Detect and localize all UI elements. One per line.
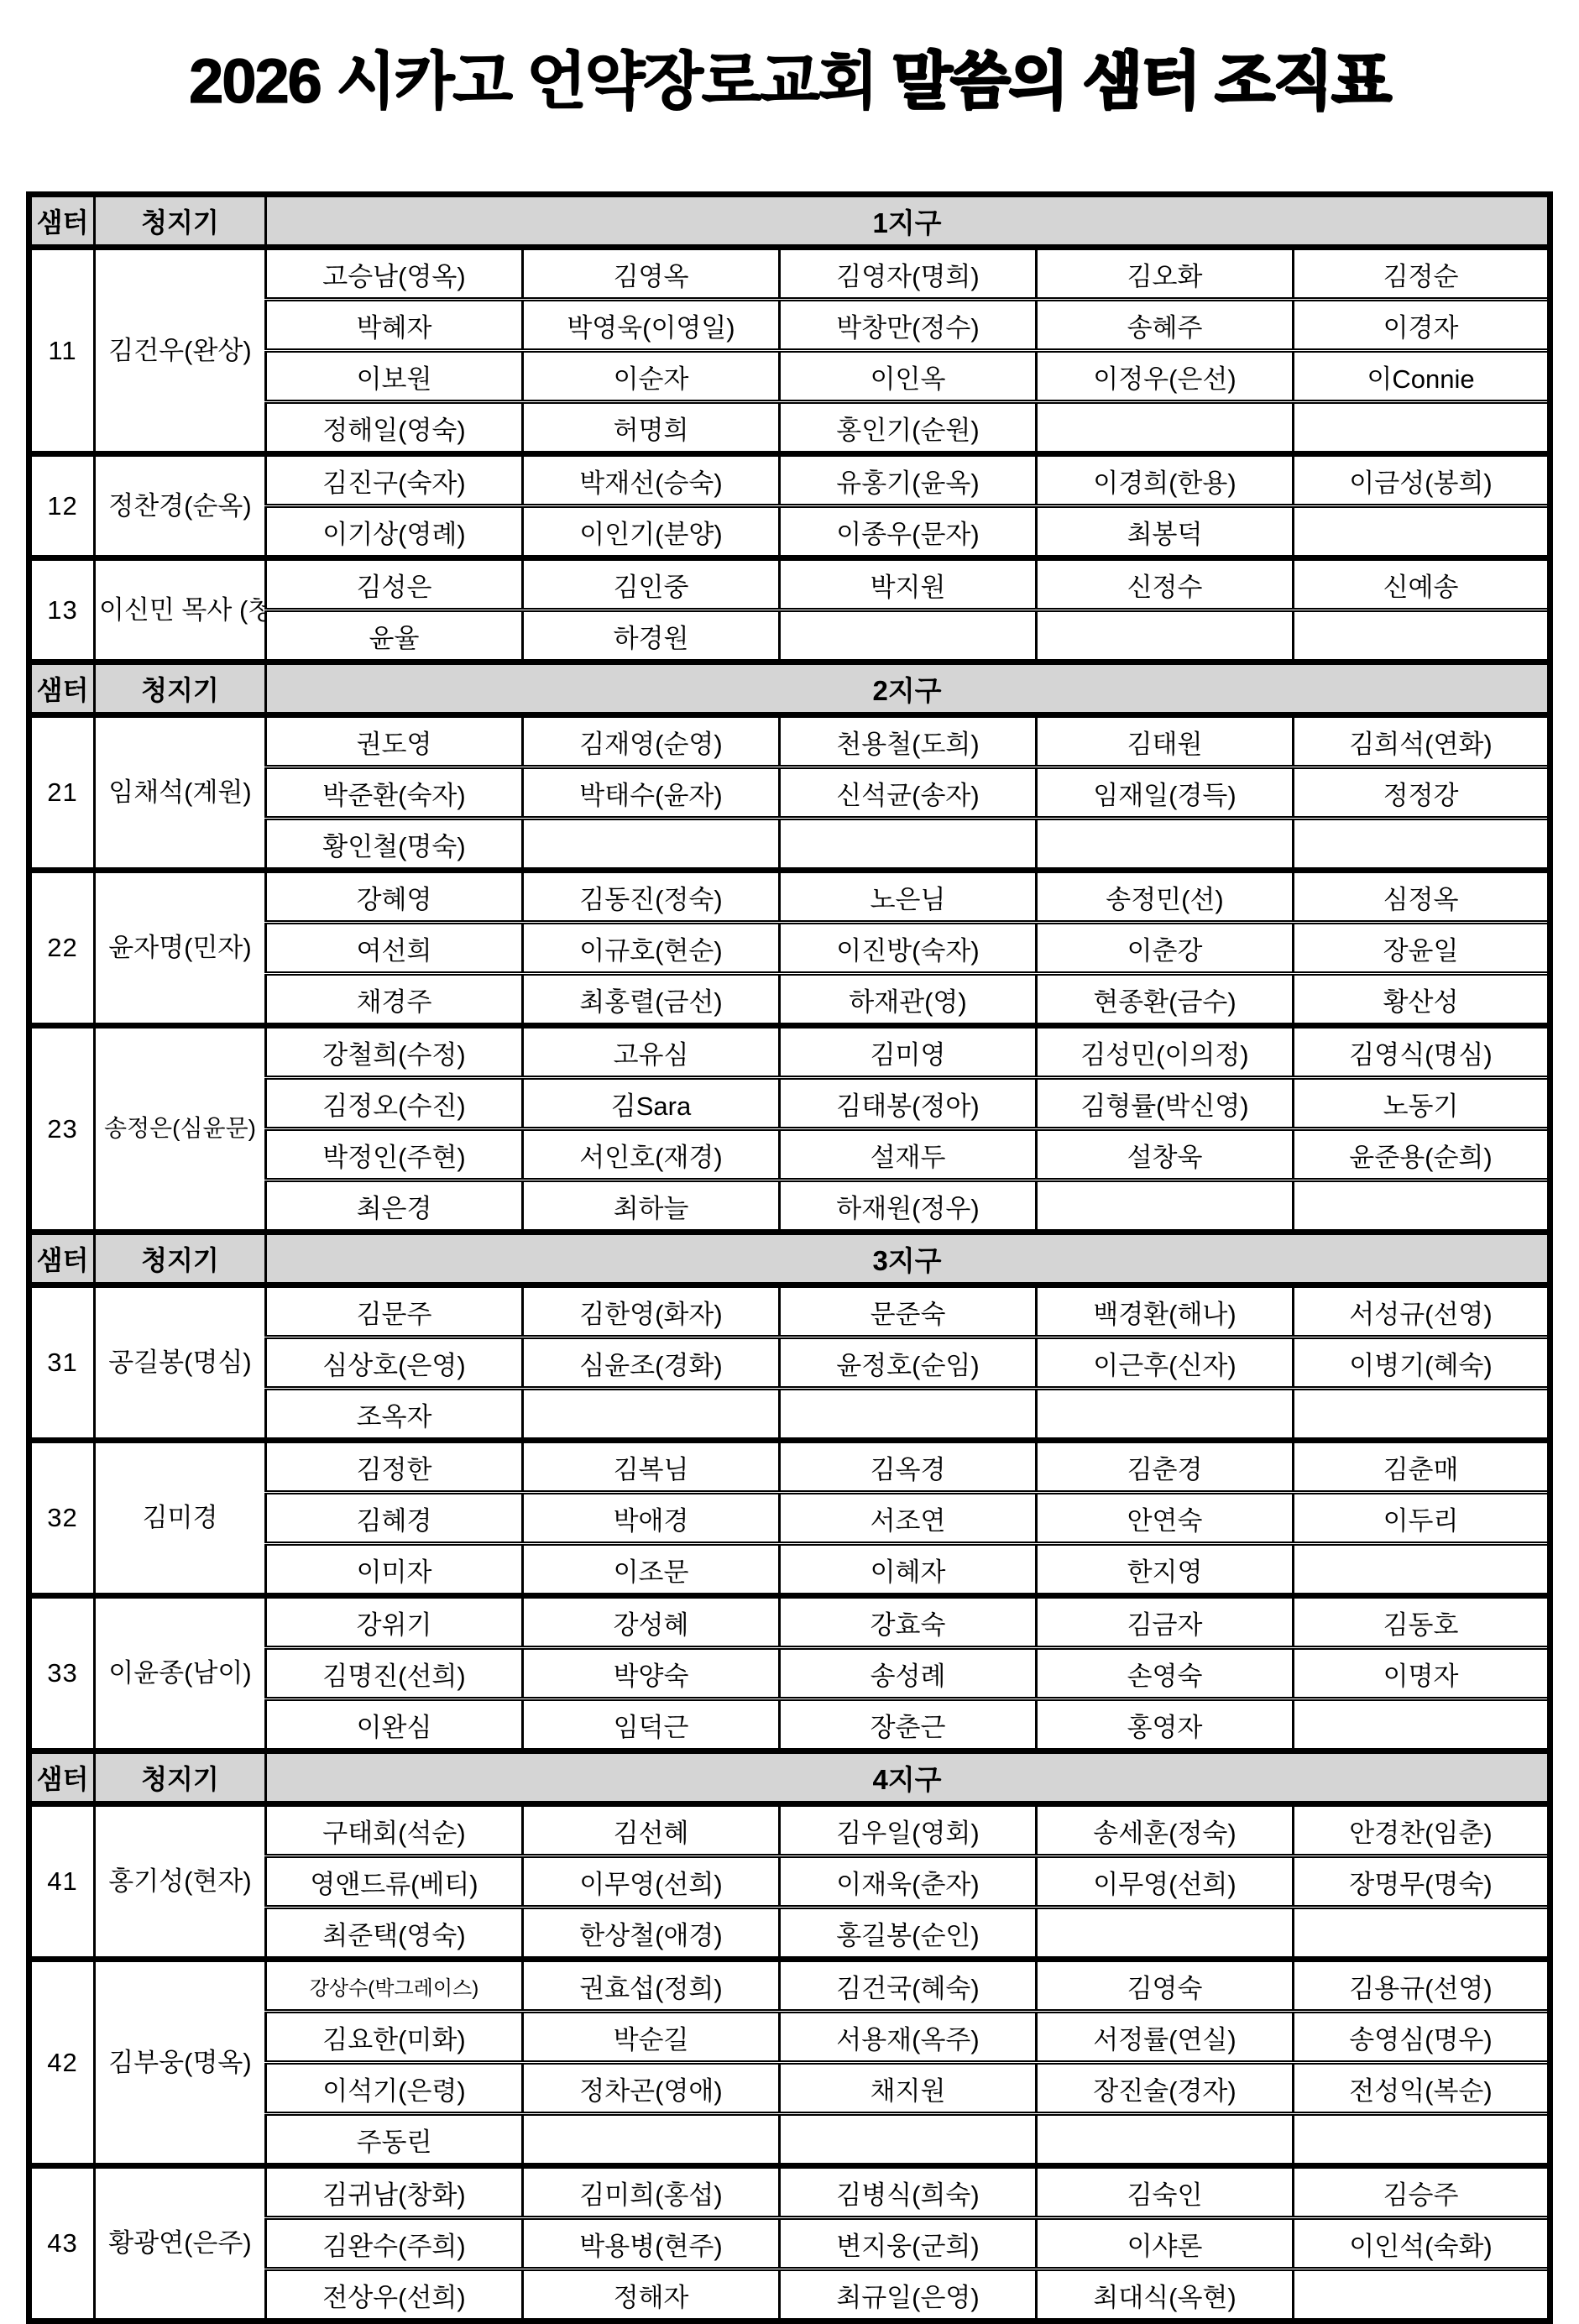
steward-name-cell: 임채석(계원) (94, 715, 265, 871)
steward-name-cell: 김건우(완상) (94, 248, 265, 454)
member-cell: 이순자 (522, 351, 779, 402)
member-cell: 문준숙 (779, 1285, 1036, 1337)
samteo-header-cell: 샘터 (29, 1233, 94, 1285)
member-cell: 허명희 (522, 402, 779, 454)
member-cell: 임덕근 (522, 1699, 779, 1751)
member-cell: 서인호(재경) (522, 1129, 779, 1180)
member-cell: 김정오(수진) (265, 1078, 522, 1129)
member-cell: 황산성 (1293, 974, 1550, 1026)
member-cell: 김진구(숙자) (265, 454, 522, 506)
member-cell-empty (1036, 2114, 1293, 2166)
member-cell: 이금성(봉희) (1293, 454, 1550, 506)
member-cell-empty (779, 610, 1036, 662)
member-cell: 박재선(승숙) (522, 454, 779, 506)
member-row: 11김건우(완상)고승남(영옥)김영옥김영자(명희)김오화김정순 (29, 248, 1550, 300)
member-cell: 김영식(명심) (1293, 1026, 1550, 1078)
member-cell: 서조연 (779, 1493, 1036, 1544)
member-cell: 김명진(선희) (265, 1648, 522, 1699)
member-cell: 최은경 (265, 1180, 522, 1233)
page-title-prefix: 2026 시카고 언약장로교회 (189, 46, 892, 116)
member-cell: 이정우(은선) (1036, 351, 1293, 402)
steward-name-cell: 공길봉(명심) (94, 1285, 265, 1441)
member-cell: 이명자 (1293, 1648, 1550, 1699)
member-cell-empty (522, 1389, 779, 1441)
member-cell: 권효섭(정희) (522, 1960, 779, 2012)
member-cell: 이경희(한용) (1036, 454, 1293, 506)
member-cell: 김귀남(창화) (265, 2166, 522, 2218)
member-cell: 심정옥 (1293, 871, 1550, 923)
samteo-number-cell: 31 (29, 1285, 94, 1441)
steward-name-cell: 정찬경(순옥) (94, 454, 265, 558)
member-cell: 송세훈(정숙) (1036, 1804, 1293, 1856)
member-cell: 김동진(정숙) (522, 871, 779, 923)
member-cell: 이인옥 (779, 351, 1036, 402)
member-cell-empty (1036, 402, 1293, 454)
member-cell: 최봉덕 (1036, 506, 1293, 558)
member-cell: 김태봉(정아) (779, 1078, 1036, 1129)
member-cell: 김미희(홍섭) (522, 2166, 779, 2218)
member-cell: 하경원 (522, 610, 779, 662)
samteo-header-cell: 샘터 (29, 195, 94, 248)
member-cell: 백경환(해나) (1036, 1285, 1293, 1337)
samteo-number-cell: 13 (29, 558, 94, 662)
steward-name-cell: 송정은(심윤문) (94, 1026, 265, 1233)
member-row: 43황광연(은주)김귀남(창화)김미희(홍섭)김병식(희숙)김숙인김승주 (29, 2166, 1550, 2218)
samteo-number-cell: 11 (29, 248, 94, 454)
member-cell: 김선혜 (522, 1804, 779, 1856)
member-row: 21임채석(계원)권도영김재영(순영)천용철(도희)김태원김희석(연화) (29, 715, 1550, 767)
member-cell: 정해일(영숙) (265, 402, 522, 454)
member-row: 41홍기성(현자)구태회(석순)김선혜김우일(영회)송세훈(정숙)안경찬(임춘) (29, 1804, 1550, 1856)
member-cell: 구태회(석순) (265, 1804, 522, 1856)
member-cell: 서용재(옥주) (779, 2012, 1036, 2063)
member-cell-empty (1293, 2269, 1550, 2321)
member-cell: 이인기(분양) (522, 506, 779, 558)
member-cell: 안경찬(임춘) (1293, 1804, 1550, 1856)
member-cell: 김미영 (779, 1026, 1036, 1078)
district-header-row: 샘터청지기3지구 (29, 1233, 1550, 1285)
member-cell-empty (1293, 1908, 1550, 1960)
member-cell: 천용철(도희) (779, 715, 1036, 767)
member-cell: 박영욱(이영일) (522, 300, 779, 351)
member-cell: 김동호 (1293, 1596, 1550, 1648)
steward-name-cell: 윤자명(민자) (94, 871, 265, 1026)
member-cell: 김복님 (522, 1441, 779, 1493)
member-cell: 신예송 (1293, 558, 1550, 610)
member-cell: 채경주 (265, 974, 522, 1026)
member-cell-empty (779, 2114, 1036, 2166)
member-cell: 하재원(정우) (779, 1180, 1036, 1233)
member-cell: 정정강 (1293, 767, 1550, 819)
samteo-number-cell: 21 (29, 715, 94, 871)
steward-name-cell: 황광연(은주) (94, 2166, 265, 2321)
member-cell: 박양숙 (522, 1648, 779, 1699)
member-cell: 강효숙 (779, 1596, 1036, 1648)
member-cell: 김승주 (1293, 2166, 1550, 2218)
member-cell-empty (1293, 1699, 1550, 1751)
samteo-number-cell: 33 (29, 1596, 94, 1751)
member-cell: 송영심(명우) (1293, 2012, 1550, 2063)
district-name-cell: 3지구 (265, 1233, 1550, 1285)
member-cell: 박혜자 (265, 300, 522, 351)
member-cell: 영앤드류(베티) (265, 1856, 522, 1908)
member-cell: 권도영 (265, 715, 522, 767)
member-cell: 윤정호(순임) (779, 1337, 1036, 1389)
member-cell-empty (779, 819, 1036, 871)
member-cell-empty (779, 1389, 1036, 1441)
member-cell: 이혜자 (779, 1544, 1036, 1596)
member-cell: 장진술(경자) (1036, 2063, 1293, 2114)
steward-name-cell: 이윤종(남이) (94, 1596, 265, 1751)
member-cell-empty (522, 2114, 779, 2166)
member-cell: 이보원 (265, 351, 522, 402)
member-cell: 한지영 (1036, 1544, 1293, 1596)
member-cell: 김춘경 (1036, 1441, 1293, 1493)
member-cell: 윤준용(순희) (1293, 1129, 1550, 1180)
member-cell: 김옥경 (779, 1441, 1036, 1493)
member-row: 12정찬경(순옥)김진구(숙자)박재선(승숙)유홍기(윤옥)이경희(한용)이금성… (29, 454, 1550, 506)
member-cell: 고유심 (522, 1026, 779, 1078)
member-cell: 김영옥 (522, 248, 779, 300)
member-cell: 현종환(금수) (1036, 974, 1293, 1026)
member-row: 33이윤종(남이)강위기강성혜강효숙김금자김동호 (29, 1596, 1550, 1648)
member-cell: 박정인(주현) (265, 1129, 522, 1180)
member-cell: 김금자 (1036, 1596, 1293, 1648)
member-row: 42김부웅(명옥)강상수(박그레이스)권효섭(정희)김건국(혜숙)김영숙김용규(… (29, 1960, 1550, 2012)
member-cell: 김춘매 (1293, 1441, 1550, 1493)
member-cell: 김재영(순영) (522, 715, 779, 767)
member-cell-empty (1293, 402, 1550, 454)
member-cell: 김희석(연화) (1293, 715, 1550, 767)
member-cell: 전상우(선희) (265, 2269, 522, 2321)
member-cell: 황인철(명숙) (265, 819, 522, 871)
member-cell-empty (1293, 1180, 1550, 1233)
member-cell: 박태수(윤자) (522, 767, 779, 819)
member-cell: 최규일(은영) (779, 2269, 1036, 2321)
member-cell: 강혜영 (265, 871, 522, 923)
member-cell-empty (1293, 2114, 1550, 2166)
member-cell: 김형률(박신영) (1036, 1078, 1293, 1129)
district-name-cell: 2지구 (265, 662, 1550, 715)
member-cell: 홍인기(순원) (779, 402, 1036, 454)
member-cell: 최준택(영숙) (265, 1908, 522, 1960)
page-title: 2026 시카고 언약장로교회 말씀의 샘터 조직표 (0, 0, 1579, 161)
member-cell: 심윤조(경화) (522, 1337, 779, 1389)
district-name-cell: 1지구 (265, 195, 1550, 248)
member-cell: 이경자 (1293, 300, 1550, 351)
steward-name-cell: 김미경 (94, 1441, 265, 1596)
samteo-number-cell: 12 (29, 454, 94, 558)
member-cell: 김요한(미화) (265, 2012, 522, 2063)
member-cell: 이무영(선희) (1036, 1856, 1293, 1908)
member-cell: 이두리 (1293, 1493, 1550, 1544)
district-header-row: 샘터청지기1지구 (29, 195, 1550, 248)
member-cell: 김인중 (522, 558, 779, 610)
org-table: 샘터청지기1지구11김건우(완상)고승남(영옥)김영옥김영자(명희)김오화김정순… (26, 191, 1553, 2324)
samteo-number-cell: 23 (29, 1026, 94, 1233)
member-cell: 전성익(복순) (1293, 2063, 1550, 2114)
member-cell-empty (1036, 1908, 1293, 1960)
page-title-emphasis: 말씀의 샘터 조직표 (892, 46, 1390, 116)
member-cell: 김성민(이의정) (1036, 1026, 1293, 1078)
member-cell: 정해자 (522, 2269, 779, 2321)
member-cell: 이병기(혜숙) (1293, 1337, 1550, 1389)
member-cell: 신석균(송자) (779, 767, 1036, 819)
member-cell: 김혜경 (265, 1493, 522, 1544)
member-cell-empty (1293, 610, 1550, 662)
district-header-row: 샘터청지기2지구 (29, 662, 1550, 715)
member-cell: 채지원 (779, 2063, 1036, 2114)
member-cell: 이Connie (1293, 351, 1550, 402)
member-cell-empty (1036, 1180, 1293, 1233)
member-cell: 김숙인 (1036, 2166, 1293, 2218)
member-cell: 강성혜 (522, 1596, 779, 1648)
member-cell-empty (1036, 819, 1293, 871)
member-cell-empty (1293, 1389, 1550, 1441)
member-cell: 강상수(박그레이스) (265, 1960, 522, 2012)
member-cell: 이미자 (265, 1544, 522, 1596)
member-cell: 박지원 (779, 558, 1036, 610)
member-cell: 심상호(은영) (265, 1337, 522, 1389)
steward-header-cell: 청지기 (94, 662, 265, 715)
member-cell: 서성규(선영) (1293, 1285, 1550, 1337)
member-cell: 안연숙 (1036, 1493, 1293, 1544)
member-cell: 한상철(애경) (522, 1908, 779, 1960)
member-cell: 장춘근 (779, 1699, 1036, 1751)
samteo-number-cell: 43 (29, 2166, 94, 2321)
member-cell: 김영숙 (1036, 1960, 1293, 2012)
member-cell: 김영자(명희) (779, 248, 1036, 300)
member-cell: 김완수(주희) (265, 2218, 522, 2269)
member-cell: 김오화 (1036, 248, 1293, 300)
member-cell: 이샤론 (1036, 2218, 1293, 2269)
member-cell: 조옥자 (265, 1389, 522, 1441)
member-cell: 강위기 (265, 1596, 522, 1648)
member-cell-empty (522, 819, 779, 871)
member-cell-empty (1036, 1389, 1293, 1441)
org-table-body: 샘터청지기1지구11김건우(완상)고승남(영옥)김영옥김영자(명희)김오화김정순… (29, 195, 1550, 2321)
member-cell: 최홍렬(금선) (522, 974, 779, 1026)
member-cell-empty (1293, 1544, 1550, 1596)
member-cell: 박순길 (522, 2012, 779, 2063)
member-cell: 이규호(현순) (522, 923, 779, 974)
member-cell-empty (1293, 506, 1550, 558)
member-cell: 김우일(영회) (779, 1804, 1036, 1856)
member-cell: 김문주 (265, 1285, 522, 1337)
member-cell: 송성례 (779, 1648, 1036, 1699)
samteo-header-cell: 샘터 (29, 1751, 94, 1804)
member-cell: 장윤일 (1293, 923, 1550, 974)
district-name-cell: 4지구 (265, 1751, 1550, 1804)
member-cell-empty (1293, 819, 1550, 871)
member-cell: 고승남(영옥) (265, 248, 522, 300)
district-header-row: 샘터청지기4지구 (29, 1751, 1550, 1804)
member-row: 32김미경김정한김복님김옥경김춘경김춘매 (29, 1441, 1550, 1493)
member-cell: 홍길봉(순인) (779, 1908, 1036, 1960)
member-cell: 노동기 (1293, 1078, 1550, 1129)
member-cell: 김정순 (1293, 248, 1550, 300)
member-cell: 박용병(현주) (522, 2218, 779, 2269)
member-cell: 설재두 (779, 1129, 1036, 1180)
member-cell: 이조문 (522, 1544, 779, 1596)
member-cell: 윤율 (265, 610, 522, 662)
member-cell: 설창욱 (1036, 1129, 1293, 1180)
member-cell: 이진방(숙자) (779, 923, 1036, 974)
member-cell: 김성은 (265, 558, 522, 610)
member-cell: 김정한 (265, 1441, 522, 1493)
member-cell: 변지웅(군희) (779, 2218, 1036, 2269)
steward-header-cell: 청지기 (94, 195, 265, 248)
member-cell: 손영숙 (1036, 1648, 1293, 1699)
member-cell: 장명무(명숙) (1293, 1856, 1550, 1908)
member-cell-empty (1036, 610, 1293, 662)
member-row: 31공길봉(명심)김문주김한영(화자)문준숙백경환(해나)서성규(선영) (29, 1285, 1550, 1337)
member-cell: 여선희 (265, 923, 522, 974)
member-cell: 김한영(화자) (522, 1285, 779, 1337)
member-cell: 신정수 (1036, 558, 1293, 610)
member-cell: 이기상(영례) (265, 506, 522, 558)
member-row: 13이신민 목사 (청년)김성은김인중박지원신정수신예송 (29, 558, 1550, 610)
member-cell: 김태원 (1036, 715, 1293, 767)
member-cell: 이재욱(춘자) (779, 1856, 1036, 1908)
member-cell: 김Sara (522, 1078, 779, 1129)
member-cell: 최하늘 (522, 1180, 779, 1233)
member-cell: 홍영자 (1036, 1699, 1293, 1751)
member-cell: 송혜주 (1036, 300, 1293, 351)
member-cell: 이석기(은령) (265, 2063, 522, 2114)
steward-name-cell: 홍기성(현자) (94, 1804, 265, 1960)
member-cell: 강철희(수정) (265, 1026, 522, 1078)
member-cell: 유홍기(윤옥) (779, 454, 1036, 506)
member-cell: 김건국(혜숙) (779, 1960, 1036, 2012)
member-cell: 이춘강 (1036, 923, 1293, 974)
member-row: 23송정은(심윤문)강철희(수정)고유심김미영김성민(이의정)김영식(명심) (29, 1026, 1550, 1078)
member-cell: 임재일(경득) (1036, 767, 1293, 819)
member-cell: 이인석(숙화) (1293, 2218, 1550, 2269)
steward-header-cell: 청지기 (94, 1233, 265, 1285)
member-cell: 박애경 (522, 1493, 779, 1544)
member-cell: 주동린 (265, 2114, 522, 2166)
samteo-number-cell: 41 (29, 1804, 94, 1960)
member-cell: 김용규(선영) (1293, 1960, 1550, 2012)
member-cell: 하재관(영) (779, 974, 1036, 1026)
samteo-number-cell: 42 (29, 1960, 94, 2166)
member-cell: 박준환(숙자) (265, 767, 522, 819)
member-cell: 이근후(신자) (1036, 1337, 1293, 1389)
member-cell: 노은님 (779, 871, 1036, 923)
steward-header-cell: 청지기 (94, 1751, 265, 1804)
member-cell: 박창만(정수) (779, 300, 1036, 351)
member-cell: 서정률(연실) (1036, 2012, 1293, 2063)
member-cell: 송정민(선) (1036, 871, 1293, 923)
member-cell: 이무영(선희) (522, 1856, 779, 1908)
member-row: 22윤자명(민자)강혜영김동진(정숙)노은님송정민(선)심정옥 (29, 871, 1550, 923)
member-cell: 김병식(희숙) (779, 2166, 1036, 2218)
samteo-number-cell: 32 (29, 1441, 94, 1596)
member-cell: 최대식(옥현) (1036, 2269, 1293, 2321)
member-cell: 정차곤(영애) (522, 2063, 779, 2114)
samteo-header-cell: 샘터 (29, 662, 94, 715)
steward-name-cell: 김부웅(명옥) (94, 1960, 265, 2166)
member-cell: 이완심 (265, 1699, 522, 1751)
member-cell: 이종우(문자) (779, 506, 1036, 558)
samteo-number-cell: 22 (29, 871, 94, 1026)
steward-name-cell: 이신민 목사 (청년) (94, 558, 265, 662)
